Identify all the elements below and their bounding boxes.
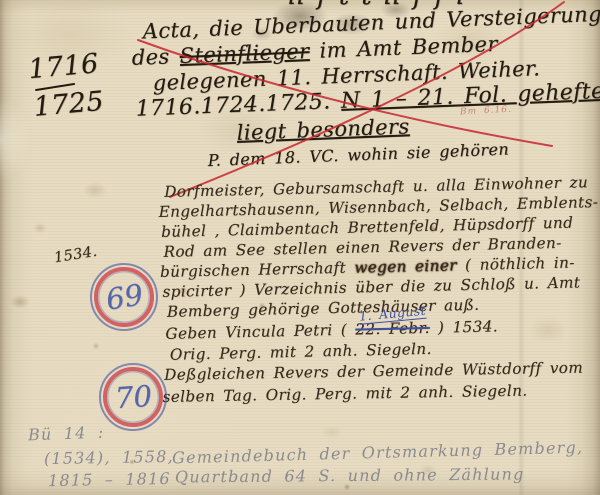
pencil-years-line1: (1534), 1558, (44, 447, 174, 468)
pencil-description-line1: Gemeindebuch der Ortsmarkung Bemberg, (172, 438, 584, 468)
entry-69-line5-post: ( nöthlich in- (457, 254, 575, 275)
entry-69-line5-pre: bürgischen Herrschaft (160, 259, 355, 281)
stamp-number-69: 69 (103, 277, 145, 316)
archive-number-stamp-70: 70 (98, 362, 168, 432)
pencil-bundle-number: Bü 14 : (28, 423, 105, 445)
entry-69-date-line: Geben Vincula Petri ( 22. Febr.1. August… (165, 317, 498, 343)
entry-69-line: Orig. Perg. mit 2 anh. Siegeln. (170, 340, 432, 364)
manuscript-page: ll ſ t t ll f ſ l 1716 1725 Acta, die Ub… (0, 0, 600, 495)
pencil-description-line2: Quartband 64 S. und ohne Zählung (175, 464, 525, 486)
pencil-years-line2: 1815 – 1816 (48, 469, 171, 490)
stamp-red-ring: 70 (102, 366, 164, 428)
title-subject-pre: des (131, 44, 180, 70)
stamp-red-ring: 69 (92, 265, 155, 328)
entry-70-line: selben Tag. Orig. Perg. mit 2 anh. Siege… (162, 382, 527, 406)
crossed-out-title-block: Acta, die Uberbauten und Versteigerung d… (128, 0, 600, 180)
margin-year-1716: 1716 (27, 49, 102, 85)
entry-69-line5-blotted: wegen einer (354, 256, 457, 276)
entry-69-date-post: ) 1534. (430, 317, 499, 337)
entry-69-text-block: Dorfmeister, Gebursamschaft u. alla Einw… (158, 173, 600, 368)
stamp-number-70: 70 (113, 379, 152, 415)
archive-number-stamp-69: 69 (88, 261, 159, 332)
title-subject-struck-word: Steinflieger (179, 39, 310, 68)
entry-69-date-correction-group: 22. Febr.1. August (355, 319, 430, 339)
entry-69-date-pre: Geben Vincula Petri ( (165, 321, 355, 343)
margin-year-range: 1716 1725 (27, 49, 105, 122)
entry-69-margin-year: 1534. (53, 244, 98, 267)
title-line-liegt-besonders: liegt besonders (236, 114, 410, 145)
entry-70-text-block: Deßgleichen Revers der Gemeinde Wüstdorf… (160, 358, 600, 416)
margin-year-1725: 1725 (32, 87, 105, 123)
